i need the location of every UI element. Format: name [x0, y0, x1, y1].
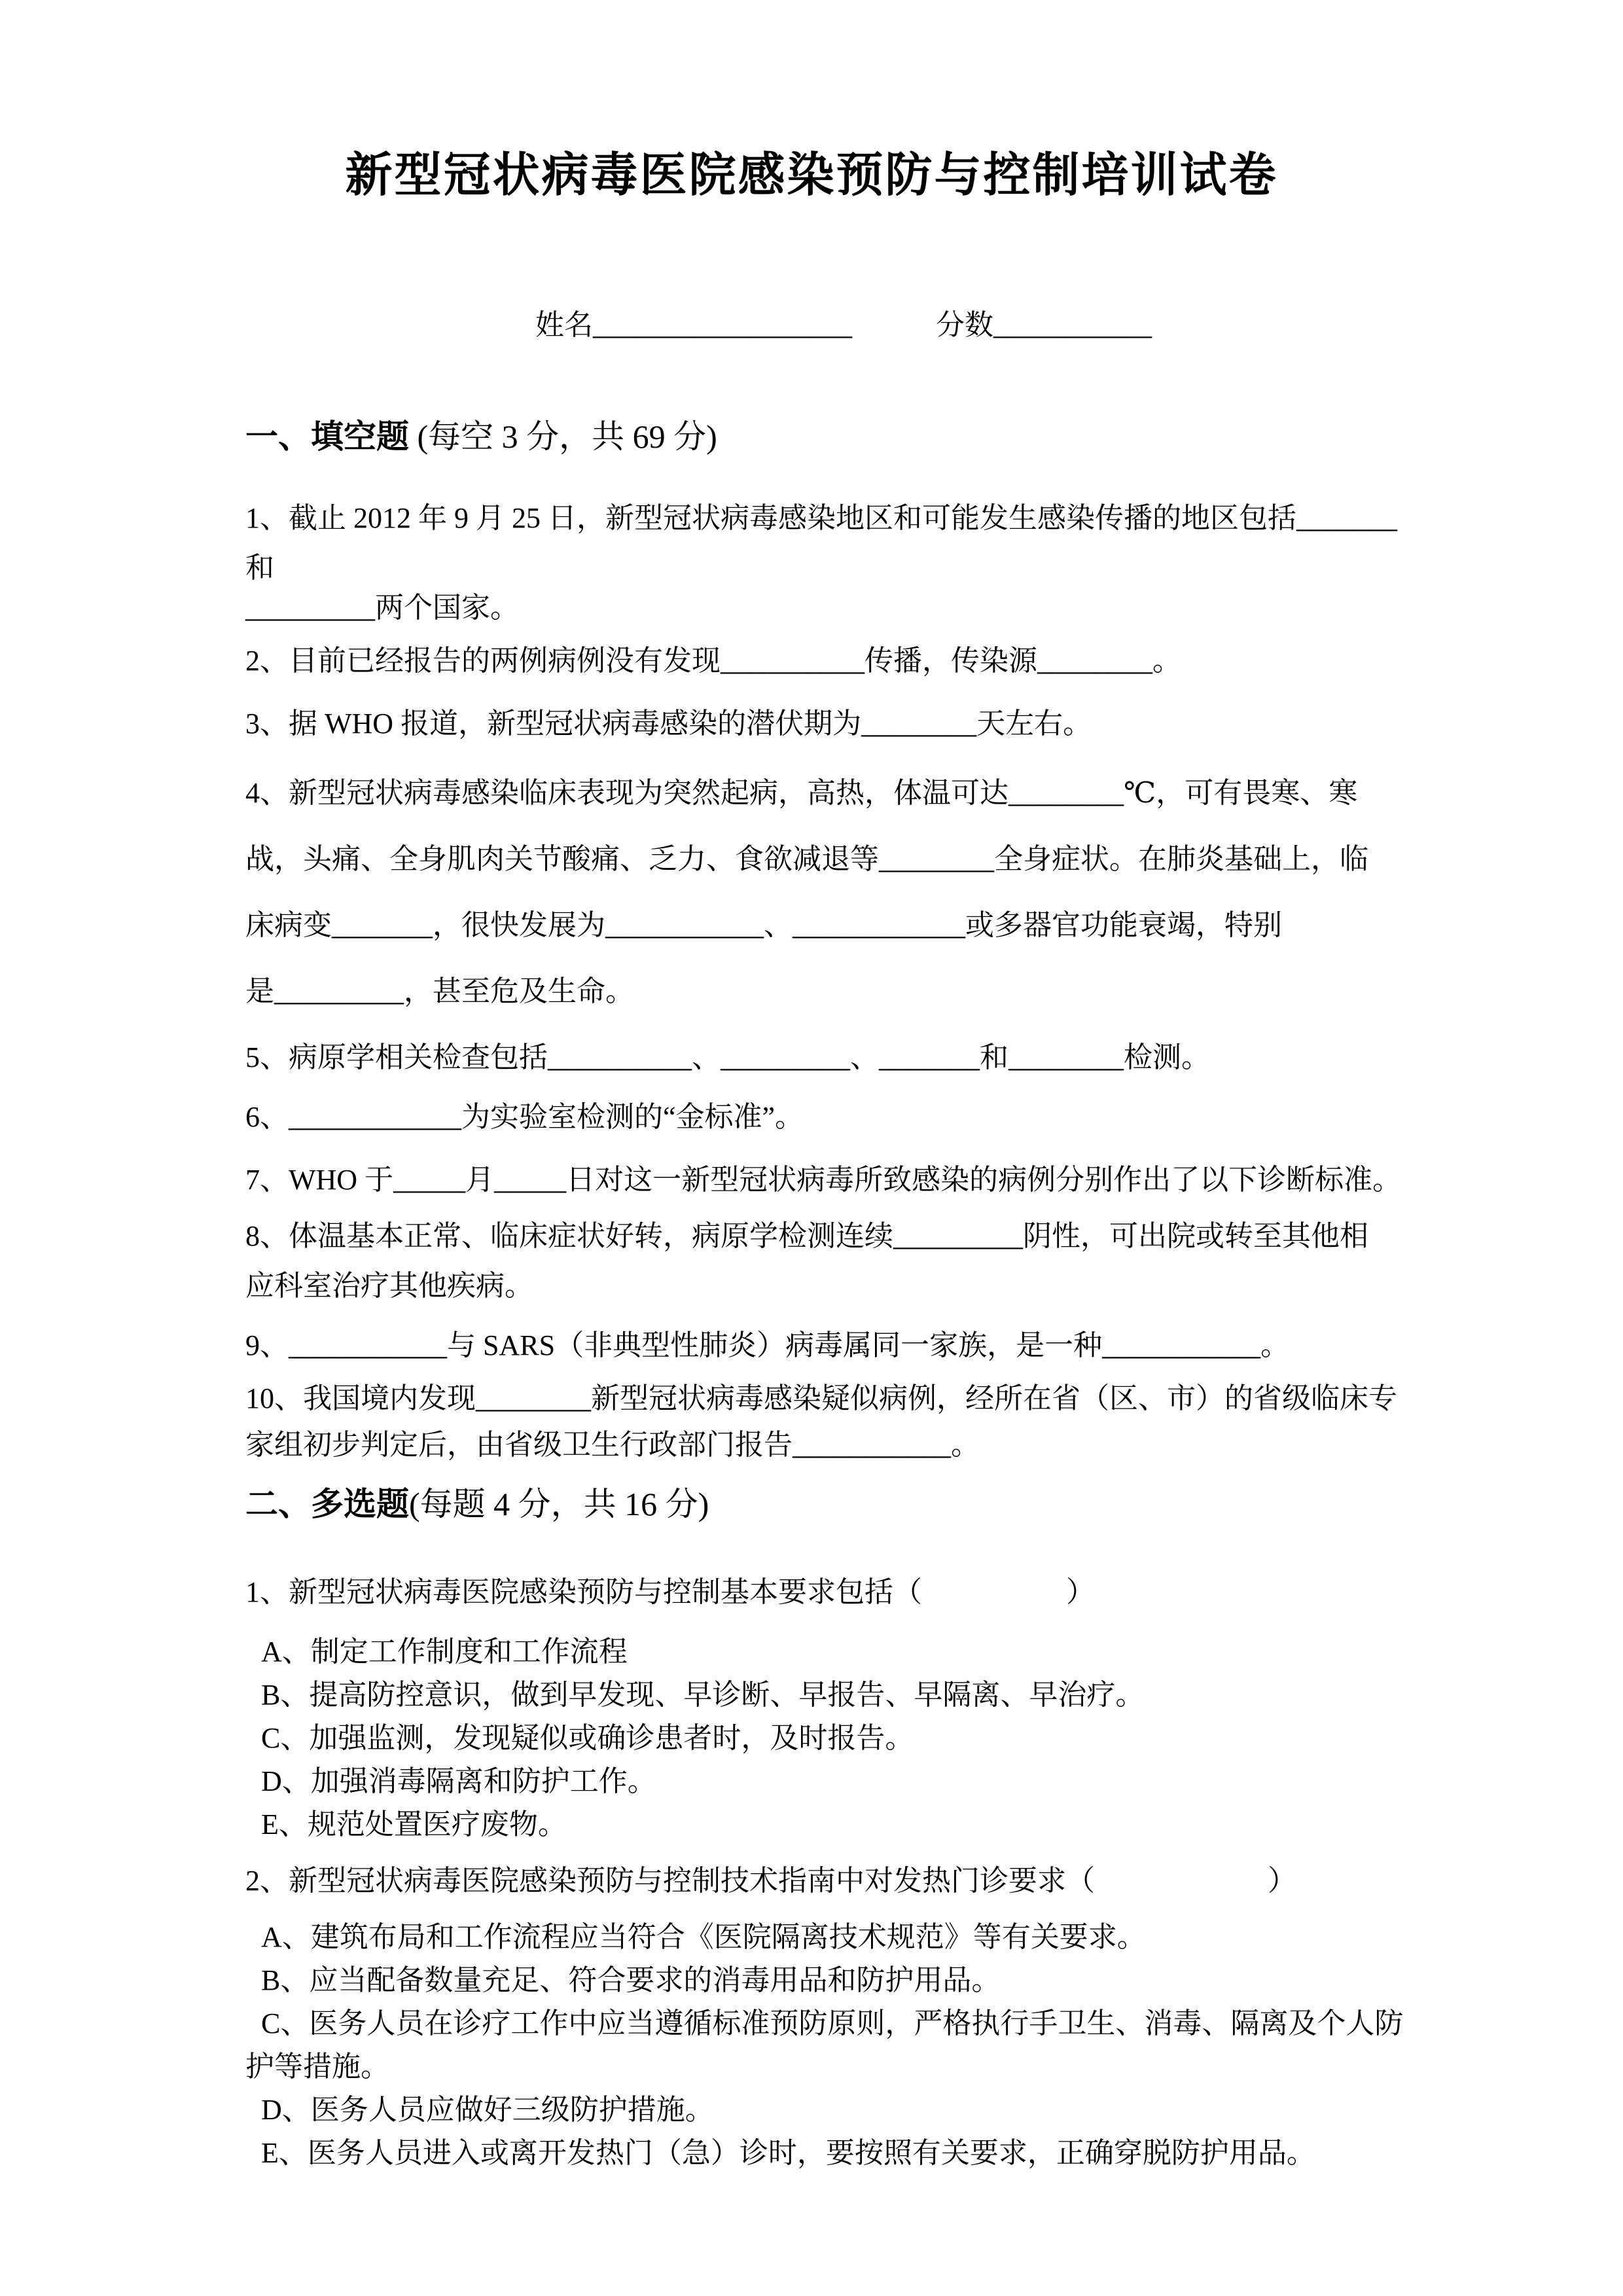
exam-body: 姓名__________________分数___________ 一、填空题 … [0, 307, 1623, 2172]
section2-heading-title: 二、多选题 [245, 1486, 409, 1522]
s1-q1-line2: 和 [245, 550, 1538, 586]
name-blank: __________________ [593, 309, 852, 341]
s1-q10-line2: 家组初步判定后，由省级卫生行政部门报告___________。 [245, 1427, 1538, 1463]
s2-q2-stem: 2、新型冠状病毒医院感染预防与控制技术指南中对发热门诊要求（ ） [245, 1863, 1538, 1899]
s1-q9: 9、___________与 SARS（非典型性肺炎）病毒属同一家族，是一种__… [245, 1327, 1538, 1364]
section2-heading: 二、多选题(每题 4 分，共 16 分) [245, 1483, 1538, 1525]
s2-q1-opt-c: C、加强监测，发现疑似或确诊患者时，及时报告。 [245, 1720, 1538, 1757]
s1-q6: 6、____________为实验室检测的“金标准”。 [245, 1099, 1538, 1136]
section1-heading-note: (每空 3 分，共 69 分) [409, 418, 717, 455]
s2-q1-stem: 1、新型冠状病毒医院感染预防与控制基本要求包括（ ） [245, 1574, 1538, 1611]
name-score-row: 姓名__________________分数___________ [535, 307, 1538, 344]
page-title: 新型冠状病毒医院感染预防与控制培训试卷 [0, 0, 1623, 204]
s2-q2-opt-b: B、应当配备数量充足、符合要求的消毒用品和防护用品。 [245, 1962, 1538, 1999]
s2-q2-opt-a: A、建筑布局和工作流程应当符合《医院隔离技术规范》等有关要求。 [245, 1919, 1538, 1956]
s1-q1-line1: 1、截止 2012 年 9 月 25 日，新型冠状病毒感染地区和可能发生感染传播… [245, 500, 1538, 537]
s1-q2: 2、目前已经报告的两例病例没有发现__________传播，传染源_______… [245, 643, 1538, 679]
score-label: 分数 [936, 309, 993, 341]
s1-q3: 3、据 WHO 报道，新型冠状病毒感染的潜伏期为________天左右。 [245, 706, 1538, 742]
score-blank: ___________ [993, 309, 1152, 341]
s1-q8-line1: 8、体温基本正常、临床症状好转，病原学检测连续_________阴性，可出院或转… [245, 1218, 1538, 1255]
s1-q4-line2: 战，头痛、全身肌肉关节酸痛、乏力、食欲减退等________全身症状。在肺炎基础… [245, 841, 1538, 878]
exam-paper-page: 新型冠状病毒医院感染预防与控制培训试卷 姓名__________________… [0, 0, 1623, 2296]
section1-heading-title: 一、填空题 [245, 418, 409, 455]
s1-q10-line1: 10、我国境内发现________新型冠状病毒感染疑似病例，经所在省（区、市）的… [245, 1380, 1538, 1417]
s1-q8-line2: 应科室治疗其他疾病。 [245, 1268, 1538, 1304]
s1-q4-line4: 是_________，甚至危及生命。 [245, 973, 1538, 1010]
section2-heading-note: (每题 4 分，共 16 分) [409, 1486, 709, 1522]
section1-heading: 一、填空题 (每空 3 分，共 69 分) [245, 416, 1538, 457]
s1-q7: 7、WHO 于_____月_____日对这一新型冠状病毒所致感染的病例分别作出了… [245, 1162, 1538, 1198]
name-label: 姓名 [535, 309, 593, 341]
s1-q4-line1: 4、新型冠状病毒感染临床表现为突然起病，高热，体温可达________℃，可有畏… [245, 775, 1538, 812]
s2-q1-opt-d: D、加强消毒隔离和防护工作。 [245, 1763, 1538, 1800]
s2-q1-opt-b: B、提高防控意识，做到早发现、早诊断、早报告、早隔离、早治疗。 [245, 1677, 1538, 1713]
s2-q1-opt-e: E、规范处置医疗废物。 [245, 1806, 1538, 1843]
s2-q2-opt-c-l1: C、医务人员在诊疗工作中应当遵循标准预防原则，严格执行手卫生、消毒、隔离及个人防 [245, 2005, 1538, 2042]
s1-q1-line3: _________两个国家。 [245, 590, 1538, 626]
s1-q5: 5、病原学相关检查包括__________、_________、_______和… [245, 1039, 1538, 1076]
s2-q2-opt-c-l2: 护等措施。 [245, 2049, 1538, 2085]
s2-q2-opt-e: E、医务人员进入或离开发热门（急）诊时，要按照有关要求，正确穿脱防护用品。 [245, 2135, 1538, 2172]
s1-q4-line3: 床病变_______，很快发展为___________、____________… [245, 907, 1538, 944]
s2-q1-opt-a: A、制定工作制度和工作流程 [245, 1634, 1538, 1670]
s2-q2-opt-d: D、医务人员应做好三级防护措施。 [245, 2092, 1538, 2128]
